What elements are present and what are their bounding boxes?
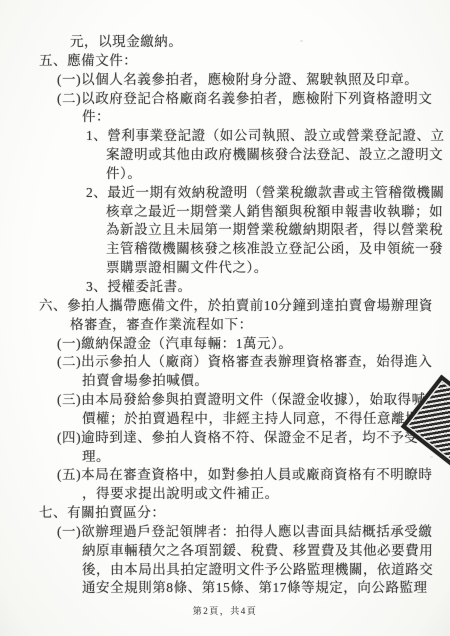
text-line: 理。	[0, 448, 450, 467]
text-line: (一)欲辦理過戶登記領牌者：拍得人應以書面具結概括承受繳	[0, 523, 450, 542]
text-line: 六、參拍人攜帶應備文件，於拍賣前10分鐘到達拍賣會場辦理資	[0, 297, 450, 316]
scan-speck	[300, 40, 303, 42]
text-line: 2、最近一期有效納稅證明（營業稅繳款書或主管稽徵機關	[0, 184, 450, 203]
text-line: 3、授權委託書。	[0, 278, 450, 297]
text-line: 元，以現金繳納。	[0, 33, 450, 52]
text-line: (二)以政府登記合格廠商名義參拍者，應檢附下列資格證明文	[0, 90, 450, 109]
text-line: (一)以個人名義參拍者，應檢附身分證、駕駛執照及印章。	[0, 71, 450, 90]
document-page: 元，以現金繳納。五、應備文件：(一)以個人名義參拍者，應檢附身分證、駕駛執照及印…	[0, 0, 450, 636]
text-line: (二)出示參拍人（廠商）資格審查表辦理資格審查，始得進入	[0, 353, 450, 372]
text-line: (三)由本局發給參與拍賣證明文件（保證金收據），始取得喊	[0, 391, 450, 410]
text-line: 件）。	[0, 165, 450, 184]
text-line: 為新設立且未屆第一期營業稅繳納期限者，得以營業稅	[0, 221, 450, 240]
text-line: 五、應備文件：	[0, 52, 450, 71]
scan-speck	[430, 456, 433, 458]
page-footer: 第2頁，共4頁	[0, 604, 450, 617]
text-line: 件：	[0, 108, 450, 127]
text-line: (一)繳納保證金（汽車每輛：1萬元）。	[0, 335, 450, 354]
text-line: (五)本局在審查資格中，如對參拍人員或廠商資格有不明瞭時	[0, 466, 450, 485]
text-line: 主管稽徵機關核發之核准設立登記公函，及申領統一發	[0, 240, 450, 259]
text-line: 格審查，審查作業流程如下：	[0, 316, 450, 335]
text-line: 後，由本局出具拍定證明文件予公路監理機關，依道路交	[0, 561, 450, 580]
text-line: 納原車輛積欠之各項罰鍰、稅費、移置費及其他必要費用	[0, 542, 450, 561]
text-line: 票購票證相關文件代之）。	[0, 259, 450, 278]
text-line: 核章之最近一期營業人銷售額與稅額申報書收執聯；如	[0, 203, 450, 222]
text-line: 通安全規則第8條、第15條、第17條等規定，向公路監理	[0, 579, 450, 598]
text-line: 案證明或其他由政府機關核發合法登記、設立之證明文	[0, 146, 450, 165]
text-line: ，得要求提出說明或文件補正。	[0, 485, 450, 504]
text-line: 七、有關拍賣區分：	[0, 504, 450, 523]
document-lines: 元，以現金繳納。五、應備文件：(一)以個人名義參拍者，應檢附身分證、駕駛執照及印…	[0, 33, 450, 598]
page-number-label: 第2頁，共4頁	[193, 606, 258, 616]
text-line: (四)逾時到達、參拍人資格不符、保證金不足者，均不予受	[0, 429, 450, 448]
text-line: 價權；於拍賣過程中，非經主持人同意，不得任意離場。	[0, 410, 450, 429]
text-line: 1、營利事業登記證（如公司執照、設立或營業登記證、立	[0, 127, 450, 146]
text-line: 拍賣會場參拍喊價。	[0, 372, 450, 391]
